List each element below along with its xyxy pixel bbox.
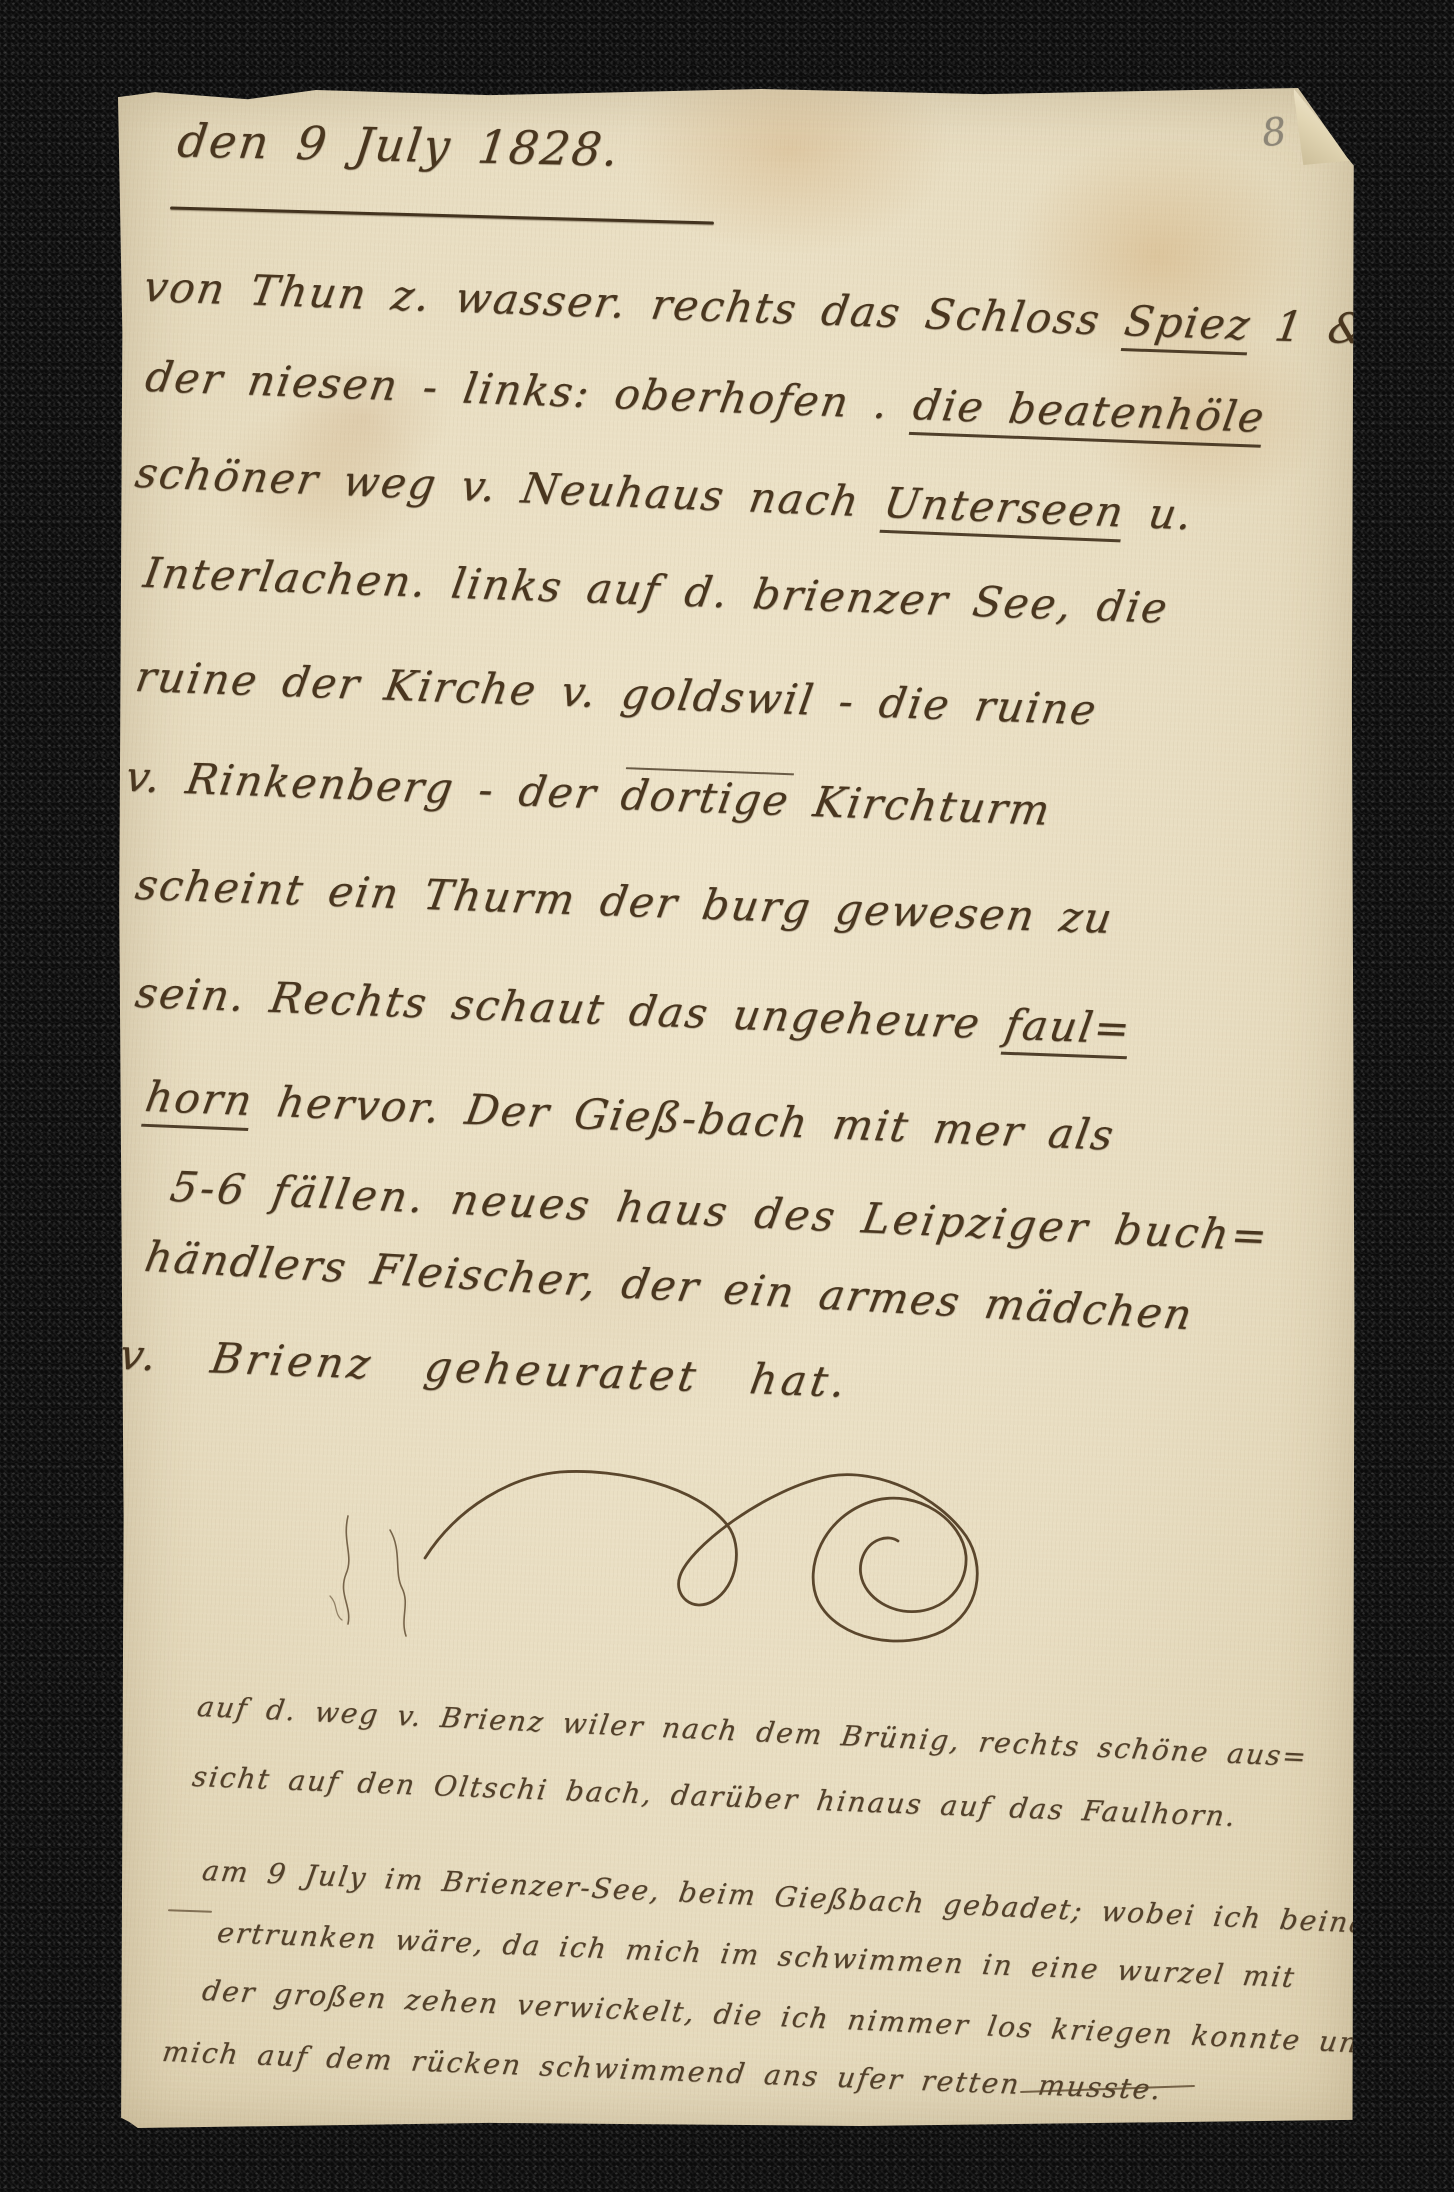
date-heading: den 9 July 1828. — [175, 113, 624, 176]
underlined-word: Spiez — [1120, 296, 1255, 355]
line-text: 1 & — [1247, 301, 1371, 354]
journal-line: schöner weg v. Neuhaus nach Unterseen u. — [132, 448, 1197, 539]
date-underline — [170, 206, 714, 224]
line-text: der niesen - links: oberhofen . — [142, 352, 918, 429]
note-line: mich auf dem rücken schwimmend ans ufer … — [160, 2035, 1164, 2106]
journal-line: der niesen - links: oberhofen . die beat… — [142, 352, 1269, 442]
journal-line: ruine der Kirche v. goldswil - die ruine — [132, 652, 1101, 734]
line-text: Kirchturm — [786, 776, 1055, 834]
line-text: schöner weg v. Neuhaus nach — [132, 448, 888, 527]
underlined-word: die beatenhöle — [909, 380, 1269, 448]
journal-line: von Thun z. wasser. rechts das Schloss S… — [140, 262, 1371, 353]
folded-corner — [1294, 89, 1352, 165]
line-text: hervor. Der Gieß-bach mit mer als — [249, 1076, 1118, 1159]
line-text: v. Brienz geheuratet hat. — [116, 1330, 853, 1407]
journal-line: Interlachen. links auf d. brienzer See, … — [140, 548, 1172, 633]
pen-flourish — [318, 1446, 1018, 1686]
journal-line: horn hervor. Der Gieß-bach mit mer als — [142, 1072, 1119, 1160]
line-text: v. Rinkenberg - der — [122, 752, 625, 819]
underlined-word: horn — [141, 1072, 257, 1131]
date-text: den 9 July 1828. — [175, 113, 624, 176]
overlined-word: dortige — [618, 767, 794, 825]
line-text: von Thun z. wasser. rechts das Schloss — [140, 262, 1129, 345]
ink-dash — [168, 1909, 212, 1913]
underlined-word: Unterseen — [879, 478, 1128, 542]
note-line: sicht auf den Oltschi bach, darüber hina… — [190, 1760, 1239, 1833]
journal-line: v. Rinkenberg - der dortige Kirchturm — [122, 752, 1055, 835]
line-text: scheint ein Thurm der burg gewesen zu — [132, 860, 1117, 943]
line-text: sein. Rechts schaut das ungeheure — [132, 968, 1009, 1049]
photograph-background: { "page_number": "8", "header": { "date"… — [0, 0, 1454, 2192]
line-text: ruine der Kirche v. goldswil - die ruine — [132, 652, 1101, 734]
manuscript-page: 8 den 9 July 1828. von Thun z. wasser. r… — [118, 88, 1355, 2128]
underlined-word: faul= — [1000, 1000, 1135, 1059]
page-number: 8 — [1260, 109, 1289, 155]
note-line: auf d. weg v. Brienz wiler nach dem Brün… — [195, 1690, 1310, 1773]
line-text: u. — [1121, 488, 1198, 539]
journal-line: sein. Rechts schaut das ungeheure faul= — [132, 968, 1135, 1053]
journal-line: scheint ein Thurm der burg gewesen zu — [132, 860, 1117, 943]
journal-line: v. Brienz geheuratet hat. — [116, 1330, 853, 1407]
line-text: Interlachen. links auf d. brienzer See, … — [140, 548, 1172, 633]
